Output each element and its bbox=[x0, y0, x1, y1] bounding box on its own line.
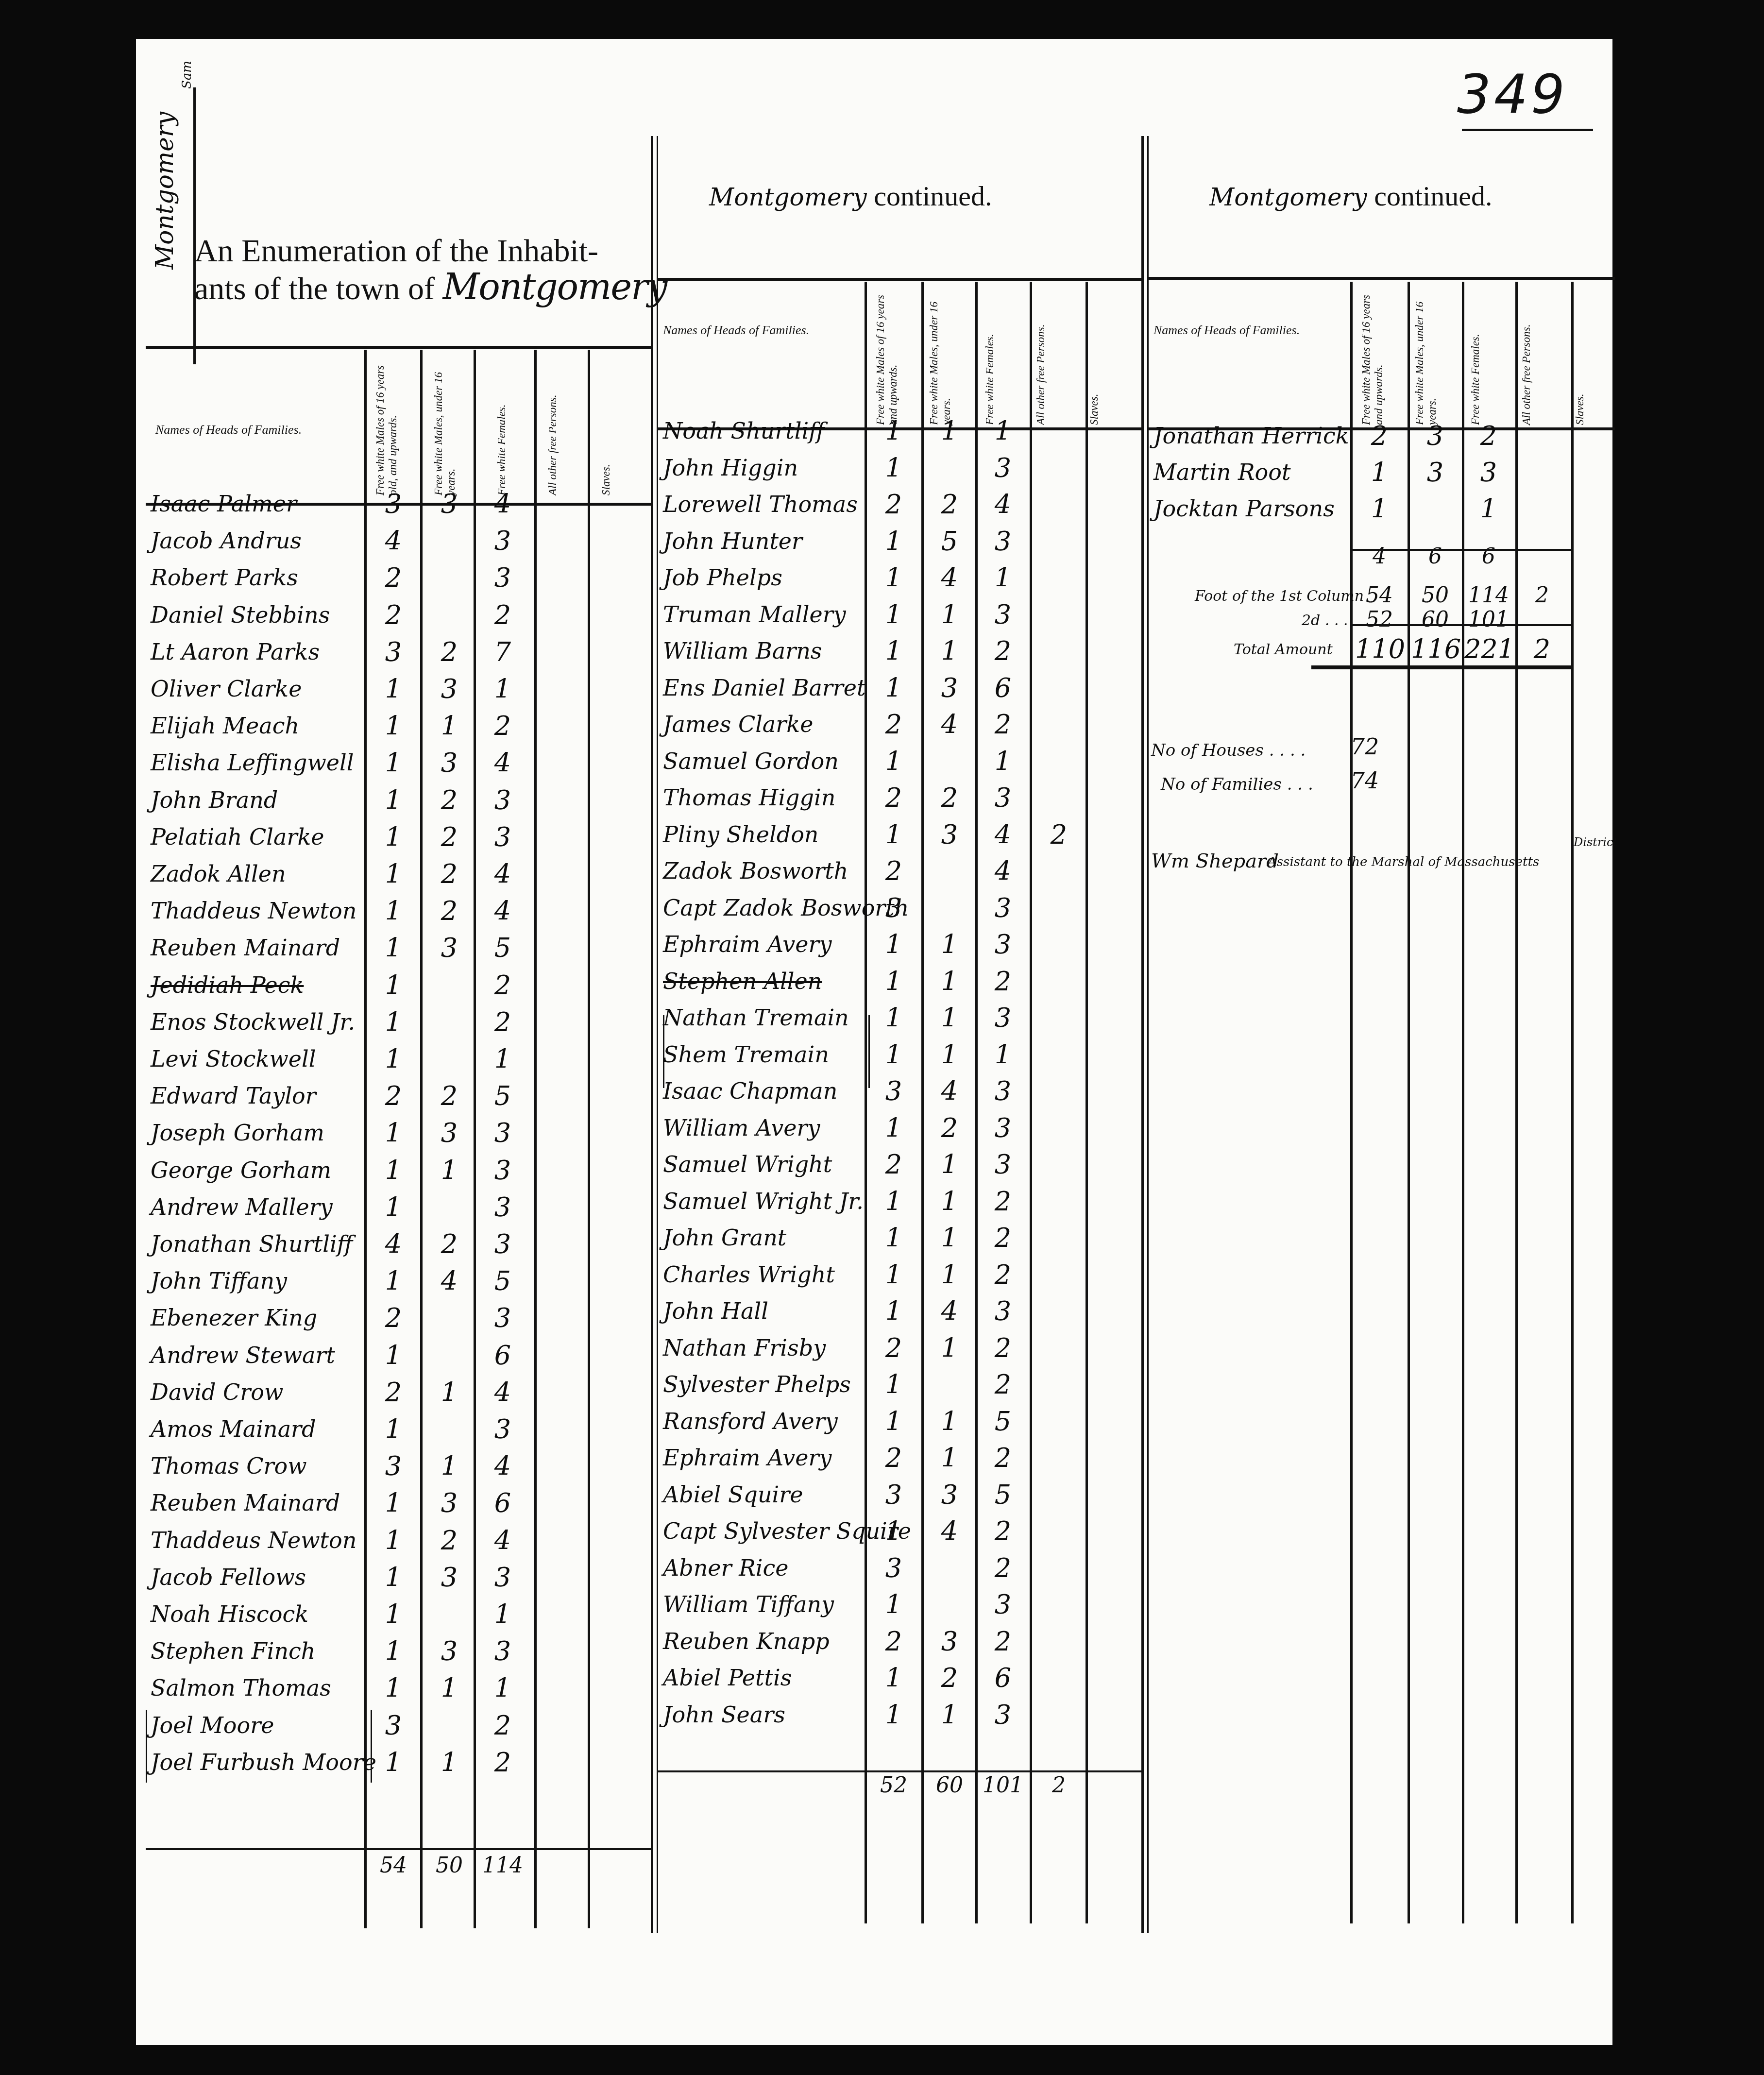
section1-col-divider bbox=[364, 350, 367, 1928]
section2-col-slaves: Slaves. bbox=[1088, 284, 1101, 425]
count-f: 2 bbox=[979, 1223, 1027, 1253]
count-f: 1 bbox=[979, 1039, 1027, 1070]
section-divider bbox=[657, 136, 658, 1933]
count-f: 1 bbox=[979, 746, 1027, 777]
subtotal-rule bbox=[1350, 549, 1573, 551]
count-m16: 2 bbox=[869, 782, 918, 813]
count-f: 3 bbox=[979, 526, 1027, 557]
count-mu16: 1 bbox=[425, 1747, 474, 1778]
section2-town: Montgomery bbox=[709, 183, 867, 211]
head-of-family-name: Pelatiah Clarke bbox=[151, 824, 324, 850]
count-f: 2 bbox=[979, 1333, 1027, 1363]
count-f: 3 bbox=[979, 1003, 1027, 1033]
count-m16: 1 bbox=[369, 1488, 418, 1518]
count-mu16: 4 bbox=[425, 1266, 474, 1296]
count-m16: 1 bbox=[369, 1340, 418, 1371]
head-of-family-name: Samuel Wright bbox=[663, 1151, 832, 1177]
count-mu16: 4 bbox=[925, 562, 974, 593]
count-f: 3 bbox=[979, 1113, 1027, 1143]
count-mu16: 1 bbox=[925, 1223, 974, 1253]
head-of-family-name: Martin Root bbox=[1153, 459, 1290, 485]
count-mu16: 1 bbox=[925, 966, 974, 997]
count-m16: 1 bbox=[869, 1186, 918, 1217]
count-f: 6 bbox=[979, 673, 1027, 703]
head-of-family-name: Salmon Thomas bbox=[151, 1675, 331, 1701]
section3-col-males16up: Free white Males of 16 years and upwards… bbox=[1360, 284, 1385, 425]
count-f: 3 bbox=[478, 526, 527, 556]
head-of-family-name: John Grant bbox=[663, 1225, 786, 1251]
count-m16: 1 bbox=[369, 859, 418, 889]
head-of-family-name: Zadok Allen bbox=[151, 861, 286, 887]
section1-total-rule bbox=[146, 1848, 651, 1850]
head-of-family-name: Sylvester Phelps bbox=[663, 1371, 851, 1397]
count-m16: 1 bbox=[369, 748, 418, 778]
count-m16: 1 bbox=[369, 1044, 418, 1074]
count-mu16: 1 bbox=[925, 636, 974, 666]
count-mu16: 2 bbox=[425, 859, 474, 889]
count-f: 3 bbox=[979, 1700, 1027, 1730]
section2-col-males16up: Free white Males of 16 years and upwards… bbox=[874, 284, 899, 425]
count-mu16: 1 bbox=[925, 1149, 974, 1180]
count-f: 2 bbox=[478, 1710, 527, 1741]
count-f: 4 bbox=[979, 489, 1027, 520]
count-f: 1 bbox=[478, 1599, 527, 1630]
section1-col-divider bbox=[474, 350, 476, 1928]
foot-second-mu16: 60 bbox=[1411, 607, 1459, 632]
count-m16: 1 bbox=[369, 1118, 418, 1148]
count-f: 3 bbox=[478, 1155, 527, 1186]
section3-col-females: Free white Females. bbox=[1469, 284, 1482, 425]
count-mu16: 1 bbox=[425, 1673, 474, 1703]
count-mu16: 2 bbox=[425, 785, 474, 816]
head-of-family-name: Thaddeus Newton bbox=[151, 898, 356, 924]
count-mu16: 1 bbox=[425, 1155, 474, 1186]
count-m16: 3 bbox=[869, 1480, 918, 1510]
count-mu16: 3 bbox=[425, 1488, 474, 1518]
count-m16: 2 bbox=[869, 856, 918, 886]
count-f: 4 bbox=[478, 748, 527, 778]
count-m16: 3 bbox=[369, 637, 418, 667]
count-m16: 1 bbox=[369, 822, 418, 852]
count-mu16: 3 bbox=[425, 1636, 474, 1667]
count-f: 3 bbox=[979, 893, 1027, 923]
count-m16: 1 bbox=[869, 562, 918, 593]
count-m16: 1 bbox=[869, 1223, 918, 1253]
count-mu16: 2 bbox=[925, 489, 974, 520]
count-f: 1 bbox=[1464, 493, 1513, 524]
moore-bracket bbox=[146, 1710, 372, 1783]
head-of-family-name: Jacob Fellows bbox=[151, 1564, 306, 1590]
head-of-family-name: Oliver Clarke bbox=[151, 676, 302, 702]
head-of-family-name: William Barns bbox=[663, 638, 822, 664]
foot-second-f: 101 bbox=[1464, 607, 1513, 632]
section2-title-rule bbox=[658, 278, 1144, 281]
section3-col-slaves: Slaves. bbox=[1574, 284, 1586, 425]
column-subtotal-f: 6 bbox=[1464, 544, 1513, 569]
count-m16: 2 bbox=[369, 1377, 418, 1408]
count-m16: 1 bbox=[869, 1516, 918, 1547]
count-f: 4 bbox=[478, 896, 527, 926]
count-f: 3 bbox=[979, 1296, 1027, 1327]
count-m16: 2 bbox=[369, 562, 418, 593]
count-m16: 1 bbox=[369, 1192, 418, 1223]
count-m16: 1 bbox=[369, 1414, 418, 1445]
count-m16: 1 bbox=[869, 1296, 918, 1327]
head-of-family-name: George Gorham bbox=[151, 1157, 331, 1183]
head-of-family-name: Jedidiah Peck bbox=[151, 972, 304, 998]
count-mu16: 2 bbox=[425, 637, 474, 667]
section-divider bbox=[1147, 136, 1149, 1933]
section1-col-females: Free white Females. bbox=[495, 355, 508, 495]
head-of-family-name: Abiel Pettis bbox=[663, 1665, 792, 1691]
count-f: 3 bbox=[478, 785, 527, 816]
count-f: 2 bbox=[478, 600, 527, 630]
section2-names-header: Names of Heads of Families. bbox=[663, 323, 809, 338]
title-box-rule bbox=[193, 87, 196, 364]
head-of-family-name: Stephen Allen bbox=[663, 968, 822, 994]
count-f: 3 bbox=[979, 453, 1027, 483]
count-m16: 2 bbox=[869, 709, 918, 740]
count-f: 6 bbox=[979, 1663, 1027, 1693]
head-of-family-name: Robert Parks bbox=[151, 564, 298, 591]
total-mu16: 116 bbox=[1411, 634, 1459, 664]
count-f: 2 bbox=[979, 1259, 1027, 1290]
count-mu16: 1 bbox=[425, 1377, 474, 1408]
head-of-family-name: John Higgin bbox=[663, 455, 798, 481]
section3-col-divider bbox=[1462, 282, 1464, 1923]
count-m16: 2 bbox=[369, 1303, 418, 1333]
foot-first-f: 114 bbox=[1464, 583, 1513, 608]
section1-title-rule bbox=[146, 346, 651, 349]
count-m16: 1 bbox=[369, 896, 418, 926]
count-f: 4 bbox=[979, 856, 1027, 886]
count-m16: 1 bbox=[869, 929, 918, 960]
section3-col-divider bbox=[1571, 282, 1574, 1923]
count-m16: 1 bbox=[1355, 493, 1404, 524]
count-f: 3 bbox=[478, 1562, 527, 1593]
count-mu16: 1 bbox=[925, 929, 974, 960]
count-m16: 4 bbox=[369, 526, 418, 556]
total-f: 221 bbox=[1464, 634, 1513, 664]
head-of-family-name: Elijah Meach bbox=[151, 713, 299, 739]
head-of-family-name: Edward Taylor bbox=[151, 1083, 316, 1109]
head-of-family-name: Stephen Finch bbox=[151, 1638, 315, 1664]
count-mu16: 1 bbox=[925, 1039, 974, 1070]
section3-col-divider bbox=[1408, 282, 1410, 1923]
count-f: 5 bbox=[478, 933, 527, 963]
count-mu16: 1 bbox=[925, 1186, 974, 1217]
count-mu16: 3 bbox=[425, 1562, 474, 1593]
head-of-family-name: Elisha Leffingwell bbox=[151, 749, 354, 776]
count-mu16: 1 bbox=[425, 711, 474, 741]
margin-note-small: Sam bbox=[180, 61, 194, 89]
section3-town: Montgomery bbox=[1209, 183, 1367, 211]
count-f: 2 bbox=[979, 1516, 1027, 1547]
head-of-family-name: Thomas Crow bbox=[151, 1453, 307, 1479]
head-of-family-name: Nathan Frisby bbox=[663, 1335, 826, 1361]
section1-col-slaves: Slaves. bbox=[600, 355, 612, 495]
count-mu16: 2 bbox=[425, 1229, 474, 1259]
head-of-family-name: Reuben Knapp bbox=[663, 1628, 830, 1654]
count-m16: 4 bbox=[369, 1229, 418, 1259]
section2-total-rule bbox=[658, 1770, 1144, 1772]
signature-name: Wm Shepard bbox=[1151, 850, 1279, 872]
head-of-family-name: Samuel Gordon bbox=[663, 748, 839, 774]
count-mu16: 1 bbox=[925, 1259, 974, 1290]
count-m16: 1 bbox=[369, 1155, 418, 1186]
count-f: 4 bbox=[478, 1525, 527, 1556]
head-of-family-name: Jonathan Herrick bbox=[1153, 423, 1349, 449]
head-of-family-name: Isaac Palmer bbox=[151, 491, 297, 517]
foot-first-mu16: 50 bbox=[1411, 583, 1459, 608]
census-page: 349 Montgomery Sam An Enumeration of the… bbox=[136, 39, 1612, 2045]
title-line-2: ants of the town of Montgomery bbox=[194, 269, 666, 307]
count-m16: 1 bbox=[369, 1562, 418, 1593]
count-f: 4 bbox=[478, 489, 527, 519]
head-of-family-name: Daniel Stebbins bbox=[151, 602, 330, 628]
total-m16: 110 bbox=[1355, 634, 1404, 664]
head-of-family-name: William Tiffany bbox=[663, 1591, 834, 1617]
count-mu16: 2 bbox=[425, 822, 474, 852]
head-of-family-name: Andrew Mallery bbox=[151, 1194, 333, 1220]
head-of-family-name: William Avery bbox=[663, 1115, 820, 1141]
count-mu16: 3 bbox=[1411, 457, 1459, 488]
count-f: 6 bbox=[478, 1488, 527, 1518]
head-of-family-name: Thomas Higgin bbox=[663, 784, 835, 811]
count-m16: 1 bbox=[369, 1525, 418, 1556]
count-m16: 1 bbox=[869, 599, 918, 630]
count-f: 3 bbox=[478, 1229, 527, 1259]
section3-title-rule bbox=[1149, 277, 1615, 280]
head-of-family-name: James Clarke bbox=[663, 711, 813, 737]
count-mu16: 1 bbox=[925, 1443, 974, 1473]
section2-continued-label: continued. bbox=[874, 180, 992, 212]
count-f: 1 bbox=[979, 416, 1027, 446]
count-m16: 1 bbox=[869, 1663, 918, 1693]
section1-col-males16up: Free white Males of 16 years old, and up… bbox=[374, 355, 399, 495]
section2-col-divider bbox=[921, 282, 924, 1923]
head-of-family-name: John Brand bbox=[151, 787, 278, 813]
count-m16: 1 bbox=[369, 1747, 418, 1778]
count-m16: 1 bbox=[869, 1589, 918, 1620]
total-double-rule bbox=[1311, 665, 1574, 669]
head-of-family-name: Enos Stockwell Jr. bbox=[151, 1009, 355, 1035]
count-f: 1 bbox=[478, 1673, 527, 1703]
count-m16: 3 bbox=[369, 1710, 418, 1741]
count-m16: 3 bbox=[869, 1553, 918, 1583]
count-m16: 3 bbox=[369, 489, 418, 519]
count-mu16: 2 bbox=[425, 896, 474, 926]
count-f: 3 bbox=[979, 1589, 1027, 1620]
column-totals-m16: 52 bbox=[869, 1773, 918, 1798]
count-mu16: 1 bbox=[925, 1333, 974, 1363]
section-divider bbox=[1141, 136, 1144, 1933]
count-m16: 2 bbox=[869, 1149, 918, 1180]
count-mu16: 4 bbox=[925, 1516, 974, 1547]
count-m16: 2 bbox=[369, 600, 418, 630]
head-of-family-name: Amos Mainard bbox=[151, 1416, 316, 1442]
count-m16: 1 bbox=[369, 785, 418, 816]
section2-col-divider bbox=[865, 282, 867, 1923]
column-subtotal-m16: 4 bbox=[1355, 544, 1404, 569]
count-mu16: 3 bbox=[425, 933, 474, 963]
section2-col-females: Free white Females. bbox=[984, 284, 996, 425]
families-count: 74 bbox=[1340, 767, 1389, 794]
foot-first-label: Foot of the 1st Column bbox=[1195, 588, 1364, 605]
section2-col-divider bbox=[975, 282, 978, 1923]
count-m16: 3 bbox=[369, 1451, 418, 1481]
head-of-family-name: Ens Daniel Barret bbox=[663, 675, 866, 701]
column-totals-mu16: 50 bbox=[425, 1853, 474, 1878]
column-totals-mu16: 60 bbox=[925, 1773, 974, 1798]
count-f: 2 bbox=[979, 636, 1027, 666]
head-of-family-name: John Tiffany bbox=[151, 1268, 287, 1294]
head-of-family-name: Jacob Andrus bbox=[151, 527, 302, 554]
count-f: 4 bbox=[979, 819, 1027, 850]
count-m16: 2 bbox=[369, 1081, 418, 1111]
count-m16: 1 bbox=[869, 1039, 918, 1070]
title-line-1: An Enumeration of the Inhabit- bbox=[194, 233, 666, 269]
count-mu16: 2 bbox=[925, 1113, 974, 1143]
count-m16: 1 bbox=[869, 636, 918, 666]
count-m16: 1 bbox=[869, 526, 918, 557]
count-m16: 1 bbox=[369, 970, 418, 1001]
head-of-family-name: Ephraim Avery bbox=[663, 931, 832, 957]
column-totals-m16: 54 bbox=[369, 1853, 418, 1878]
count-m16: 1 bbox=[869, 819, 918, 850]
count-mu16: 1 bbox=[925, 1003, 974, 1033]
signature-role: Assistant to the Marshal of Massachusett… bbox=[1268, 855, 1539, 869]
count-m16: 1 bbox=[869, 1113, 918, 1143]
signature-district: District bbox=[1574, 835, 1618, 849]
count-mu16: 3 bbox=[925, 1626, 974, 1657]
count-f: 6 bbox=[478, 1340, 527, 1371]
section1-col-divider bbox=[420, 350, 423, 1928]
count-mu16: 5 bbox=[925, 526, 974, 557]
section1-col-divider bbox=[588, 350, 590, 1928]
count-f: 3 bbox=[979, 599, 1027, 630]
count-mu16: 2 bbox=[425, 1525, 474, 1556]
count-f: 5 bbox=[478, 1266, 527, 1296]
count-f: 7 bbox=[478, 637, 527, 667]
head-of-family-name: David Crow bbox=[151, 1379, 283, 1405]
count-f: 5 bbox=[979, 1406, 1027, 1437]
section3-col-divider bbox=[1350, 282, 1353, 1923]
count-f: 2 bbox=[1464, 421, 1513, 451]
head-of-family-name: Noah Hiscock bbox=[151, 1601, 308, 1627]
page-number-underline bbox=[1462, 129, 1593, 131]
count-m16: 2 bbox=[869, 1333, 918, 1363]
section-divider bbox=[651, 136, 653, 1933]
count-mu16: 1 bbox=[925, 1700, 974, 1730]
total-rule bbox=[1350, 624, 1573, 626]
count-m16: 1 bbox=[869, 1700, 918, 1730]
count-f: 3 bbox=[1464, 457, 1513, 488]
houses-label: No of Houses . . . . bbox=[1151, 741, 1306, 760]
count-mu16: 4 bbox=[925, 1076, 974, 1106]
count-f: 2 bbox=[979, 1553, 1027, 1583]
column-totals-o: 2 bbox=[1035, 1773, 1083, 1798]
total-amount-label: Total Amount bbox=[1234, 641, 1333, 658]
count-f: 2 bbox=[979, 709, 1027, 740]
foot-first-o: 2 bbox=[1518, 583, 1566, 608]
section3-col-other-free: All other free Persons. bbox=[1520, 284, 1533, 425]
count-f: 1 bbox=[979, 562, 1027, 593]
count-f: 2 bbox=[478, 970, 527, 1001]
head-of-family-name: Truman Mallery bbox=[663, 601, 846, 628]
count-f: 5 bbox=[979, 1480, 1027, 1510]
count-f: 3 bbox=[478, 562, 527, 593]
houses-count: 72 bbox=[1340, 733, 1389, 760]
count-m16: 1 bbox=[369, 1266, 418, 1296]
section3-continued-label: continued. bbox=[1374, 180, 1492, 212]
section1-col-other-free: All other free Persons. bbox=[546, 355, 559, 495]
count-m16: 3 bbox=[869, 893, 918, 923]
total-o: 2 bbox=[1518, 634, 1566, 664]
count-f: 3 bbox=[478, 1414, 527, 1445]
foot-second-m16: 52 bbox=[1355, 607, 1404, 632]
head-of-family-name: Samuel Wright Jr. bbox=[663, 1188, 864, 1214]
count-f: 3 bbox=[478, 1118, 527, 1148]
head-of-family-name: Pliny Sheldon bbox=[663, 821, 818, 848]
column-totals-f: 114 bbox=[478, 1853, 527, 1878]
head-of-family-name: Joseph Gorham bbox=[151, 1120, 324, 1146]
count-m16: 2 bbox=[869, 1626, 918, 1657]
head-of-family-name: Ransford Avery bbox=[663, 1408, 838, 1434]
count-mu16: 3 bbox=[1411, 421, 1459, 451]
count-m16: 3 bbox=[869, 1076, 918, 1106]
head-of-family-name: Abner Rice bbox=[663, 1555, 788, 1581]
count-mu16: 3 bbox=[425, 674, 474, 704]
head-of-family-name: Ebenezer King bbox=[151, 1305, 317, 1331]
count-mu16: 1 bbox=[925, 416, 974, 446]
count-f: 2 bbox=[979, 966, 1027, 997]
section2-col-divider bbox=[1030, 282, 1032, 1923]
count-m16: 1 bbox=[1355, 457, 1404, 488]
count-f: 4 bbox=[478, 1451, 527, 1481]
count-mu16: 1 bbox=[925, 599, 974, 630]
foot-first-m16: 54 bbox=[1355, 583, 1404, 608]
count-mu16: 1 bbox=[425, 1451, 474, 1481]
count-mu16: 2 bbox=[925, 1663, 974, 1693]
count-f: 2 bbox=[478, 1747, 527, 1778]
count-f: 2 bbox=[478, 711, 527, 741]
count-mu16: 3 bbox=[925, 1480, 974, 1510]
foot-second-label: 2d . . . bbox=[1302, 612, 1348, 629]
section3-col-divider bbox=[1515, 282, 1518, 1923]
count-f: 1 bbox=[478, 674, 527, 704]
count-o: 2 bbox=[1035, 819, 1083, 850]
count-f: 2 bbox=[979, 1369, 1027, 1400]
count-f: 2 bbox=[979, 1443, 1027, 1473]
count-m16: 1 bbox=[369, 1636, 418, 1667]
head-of-family-name: Lt Aaron Parks bbox=[151, 639, 320, 665]
count-mu16: 3 bbox=[925, 673, 974, 703]
count-m16: 1 bbox=[869, 453, 918, 483]
head-of-family-name: Abiel Squire bbox=[663, 1481, 803, 1508]
count-f: 3 bbox=[478, 1636, 527, 1667]
head-of-family-name: John Sears bbox=[663, 1701, 785, 1728]
count-m16: 1 bbox=[369, 933, 418, 963]
column-totals-f: 101 bbox=[979, 1773, 1027, 1798]
section2-continued-title: Montgomery continued. bbox=[709, 180, 992, 212]
section2-col-other-free: All other free Persons. bbox=[1035, 284, 1047, 425]
head-of-family-name: Lorewell Thomas bbox=[663, 491, 858, 517]
count-f: 2 bbox=[478, 1007, 527, 1037]
count-m16: 1 bbox=[369, 1599, 418, 1630]
count-m16: 2 bbox=[1355, 421, 1404, 451]
count-m16: 1 bbox=[369, 674, 418, 704]
